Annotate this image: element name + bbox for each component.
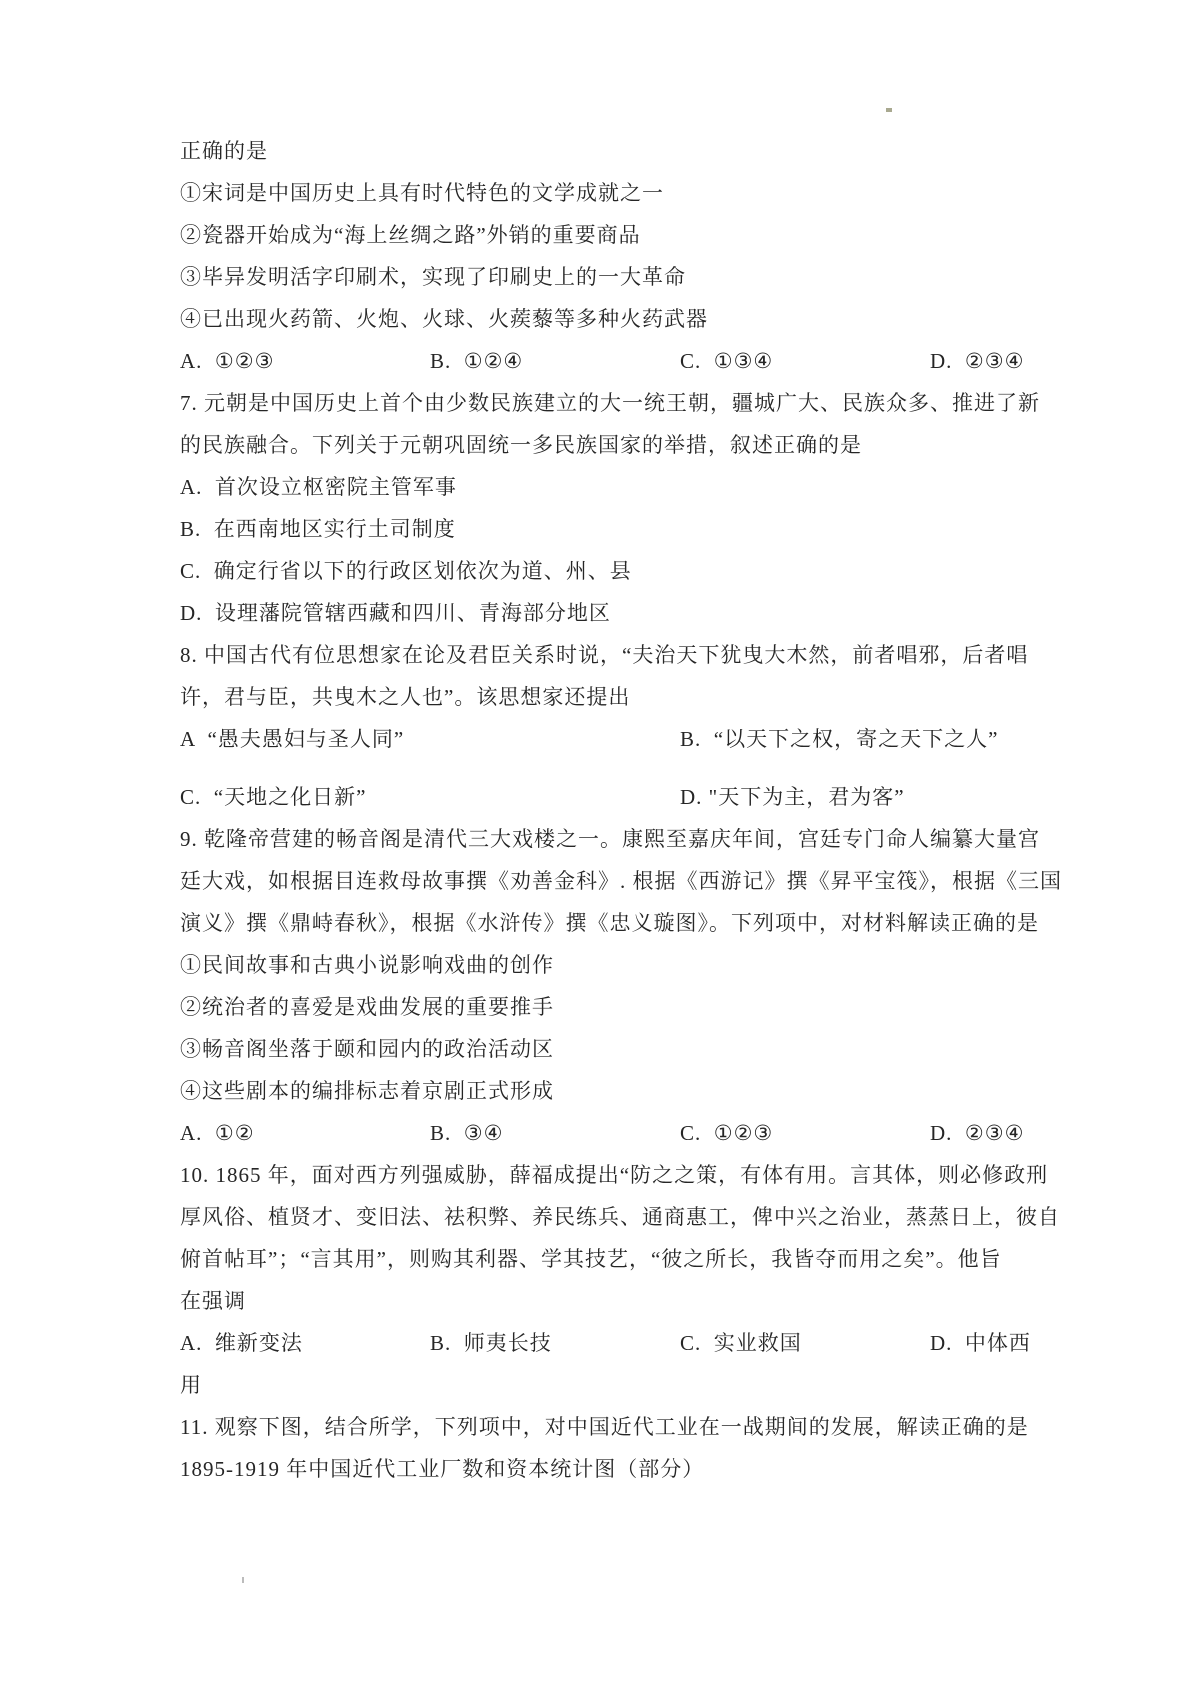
question8-choice-row-ab: A “愚夫愚妇与圣人同” B. “以天下之权，寄之天下之人”	[180, 718, 1060, 760]
question6-item-3: ③毕异发明活字印刷术，实现了印刷史上的一大革命	[180, 256, 1060, 298]
question9-choice-b: B. ③④	[430, 1112, 680, 1154]
question10-choice-row: A. 维新变法 B. 师夷长技 C. 实业救国 D. 中体西	[180, 1322, 1060, 1364]
question6-item-1: ①宋词是中国历史上具有时代特色的文学成就之一	[180, 172, 1060, 214]
question7-choice-b: B. 在西南地区实行土司制度	[180, 508, 1060, 550]
question7-stem-line1: 7. 元朝是中国历史上首个由少数民族建立的大一统王朝，疆城广大、民族众多、推进了…	[180, 382, 1060, 424]
question10-stem-line3: 俯首帖耳”；“言其用”，则购其利器、学其技艺，“彼之所长，我皆夺而用之矣”。他旨	[180, 1238, 1060, 1280]
question9-item-1: ①民间故事和古典小说影响戏曲的创作	[180, 944, 1060, 986]
question6-choice-a: A. ①②③	[180, 340, 430, 382]
question10-choice-d-wrap: 用	[180, 1364, 1060, 1406]
question6-choice-d: D. ②③④	[930, 340, 1060, 382]
question9-item-4: ④这些剧本的编排标志着京剧正式形成	[180, 1070, 1060, 1112]
question8-choice-d: D. "天下为主，君为客”	[680, 776, 1060, 818]
question7-choice-d: D. 设理藩院管辖西藏和四川、青海部分地区	[180, 592, 1060, 634]
question11-stem-line1: 11. 观察下图，结合所学，下列项中，对中国近代工业在一战期间的发展，解读正确的…	[180, 1406, 1060, 1448]
question11-chart-caption: 1895-1919 年中国近代工业厂数和资本统计图（部分）	[180, 1448, 1060, 1490]
question7-choice-c: C. 确定行省以下的行政区划依次为道、州、县	[180, 550, 1060, 592]
question10-stem-line1: 10. 1865 年，面对西方列强威胁，薛福成提出“防之之策，有体有用。言其体，…	[180, 1154, 1060, 1196]
question8-choice-b: B. “以天下之权，寄之天下之人”	[680, 718, 1060, 760]
question10-choice-b: B. 师夷长技	[430, 1322, 680, 1364]
question6-stem-end: 正确的是	[180, 130, 1060, 172]
question6-choice-row: A. ①②③ B. ①②④ C. ①③④ D. ②③④	[180, 340, 1060, 382]
scan-speck-top	[886, 108, 892, 112]
question10-stem-line2: 厚风俗、植贤才、变旧法、祛积弊、养民练兵、通商惠工，俾中兴之治业，蒸蒸日上，彼自	[180, 1196, 1060, 1238]
question9-item-2: ②统治者的喜爱是戏曲发展的重要推手	[180, 986, 1060, 1028]
question6-item-4: ④已出现火药箭、火炮、火球、火蒺藜等多种火药武器	[180, 298, 1060, 340]
question6-choice-b: B. ①②④	[430, 340, 680, 382]
question8-choice-c: C. “天地之化日新”	[180, 776, 680, 818]
exam-text-block: 正确的是 ①宋词是中国历史上具有时代特色的文学成就之一 ②瓷器开始成为“海上丝绸…	[180, 130, 1060, 1490]
exam-scan-page: 正确的是 ①宋词是中国历史上具有时代特色的文学成就之一 ②瓷器开始成为“海上丝绸…	[0, 0, 1200, 1698]
question6-choice-c: C. ①③④	[680, 340, 930, 382]
question6-item-2: ②瓷器开始成为“海上丝绸之路”外销的重要商品	[180, 214, 1060, 256]
question7-stem-line2: 的民族融合。下列关于元朝巩固统一多民族国家的举措，叙述正确的是	[180, 424, 1060, 466]
question10-choice-c: C. 实业救国	[680, 1322, 930, 1364]
question8-stem-line1: 8. 中国古代有位思想家在论及君臣关系时说，“夫治天下犹曳大木然，前者唱邪，后者…	[180, 634, 1060, 676]
question9-stem-line1: 9. 乾隆帝营建的畅音阁是清代三大戏楼之一。康熙至嘉庆年间，宫廷专门命人编纂大量…	[180, 818, 1060, 860]
question9-item-3: ③畅音阁坐落于颐和园内的政治活动区	[180, 1028, 1060, 1070]
question8-choice-a: A “愚夫愚妇与圣人同”	[180, 718, 680, 760]
question8-stem-line2: 许，君与臣，共曳木之人也”。该思想家还提出	[180, 676, 1060, 718]
question10-choice-a: A. 维新变法	[180, 1322, 430, 1364]
question9-stem-line3: 演义》撰《鼎峙春秋》，根据《水浒传》撰《忠义璇图》。下列项中，对材料解读正确的是	[180, 902, 1060, 944]
question9-choice-d: D. ②③④	[930, 1112, 1060, 1154]
question9-choice-a: A. ①②	[180, 1112, 430, 1154]
question9-choice-row: A. ①② B. ③④ C. ①②③ D. ②③④	[180, 1112, 1060, 1154]
question9-choice-c: C. ①②③	[680, 1112, 930, 1154]
question10-stem-line4: 在强调	[180, 1280, 1060, 1322]
scan-speck-bottom	[242, 1577, 244, 1583]
question9-stem-line2: 廷大戏，如根据目连救母故事撰《劝善金科》. 根据《西游记》撰《昇平宝筏》，根据《…	[180, 860, 1060, 902]
question10-choice-d: D. 中体西	[930, 1322, 1060, 1364]
question7-choice-a: A. 首次设立枢密院主管军事	[180, 466, 1060, 508]
question8-choice-row-cd: C. “天地之化日新” D. "天下为主，君为客”	[180, 776, 1060, 818]
